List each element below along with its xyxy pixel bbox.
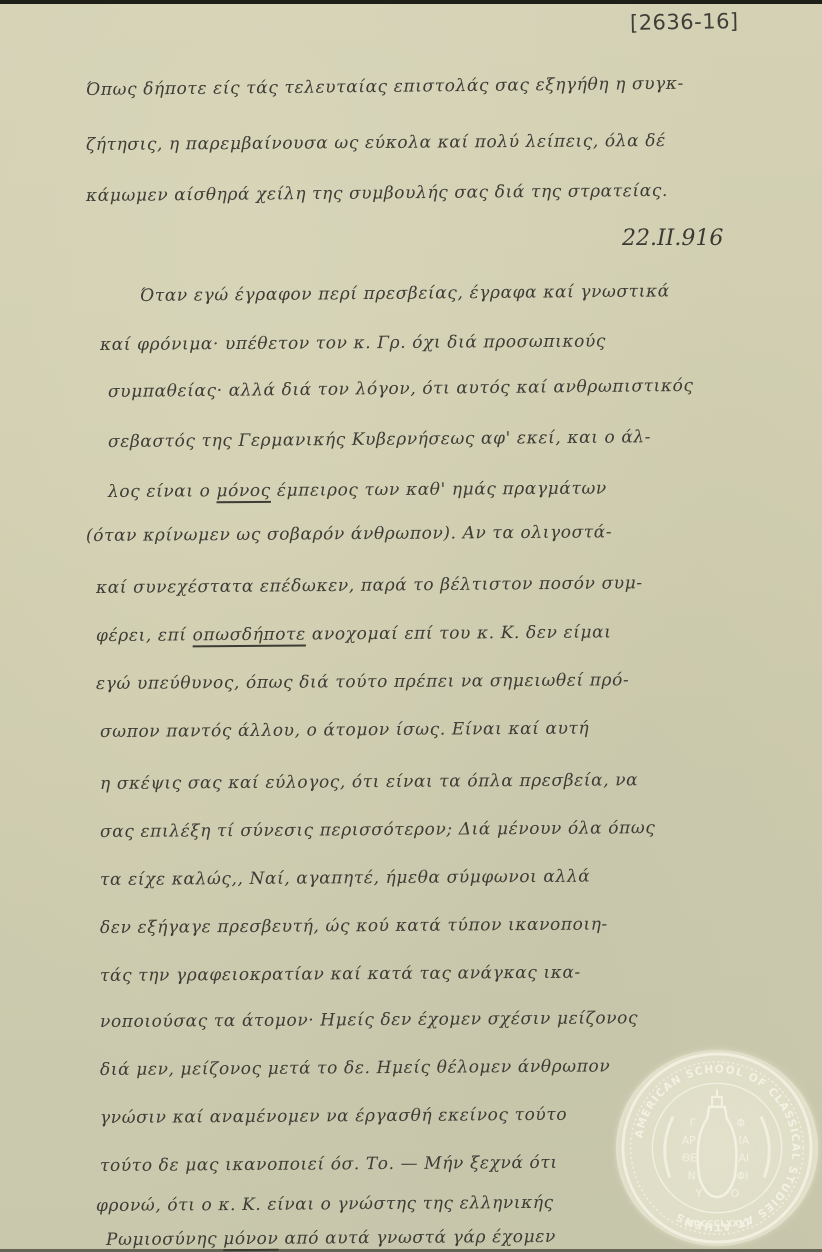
p2-line-6: (όταν κρίνωμεν ως σοβαρόν άνθρωπον). Αν …	[86, 522, 612, 546]
underlined-word-monon: μόνον	[223, 1229, 278, 1249]
seal-letter-right-5: Ο	[731, 1187, 739, 1200]
p2-line-14: δεν εξήγαγε πρεσβευτή, ώς κού κατά τύπον…	[100, 914, 608, 938]
p1-line-1: Όπως δήποτε είς τάς τελευταίας επιστολάς…	[86, 74, 684, 100]
p2-line-5-text: λος είναι ο	[108, 481, 217, 502]
p2-line-4: σεβαστός της Γερμανικής Κυβερνήσεως αφ' …	[108, 427, 651, 452]
p2-line-10: σωπον παντός άλλου, ο άτομον ίσως. Είναι…	[100, 719, 589, 742]
p2-line-20: φρονώ, ότι ο κ. Κ. είναι ο γνώστης της ε…	[96, 1193, 554, 1216]
seal-letter-left-4: Ν	[688, 1169, 696, 1182]
p2-line-9: εγώ υπεύθυνος, όπως διά τούτο πρέπει να …	[96, 670, 629, 694]
p2-line-21-rest: από αυτά γνωστά γάρ έχομεν	[278, 1227, 556, 1249]
svg-text:AMERICAN SCHOOL OF CLASSICAL S: AMERICAN SCHOOL OF CLASSICAL STUDIES AT …	[632, 1062, 802, 1233]
p2-line-21: Ρωμιοσύνης μόνον από αυτά γνωστά γάρ έχο…	[106, 1227, 556, 1250]
seal-letter-left-3: ΘΕ	[682, 1152, 697, 1165]
institution-seal: AMERICAN SCHOOL OF CLASSICAL STUDIES AT …	[616, 1050, 818, 1246]
scan-top-edge	[0, 0, 822, 4]
p2-line-8-text: φέρει, επί	[96, 625, 193, 646]
p2-line-17: διά μεν, μείζονος μετά το δε. Ημείς θέλο…	[100, 1056, 610, 1080]
letter-date: 22.II.916	[622, 226, 723, 251]
p1-line-3: κάμωμεν αίσθηρά χείλη της συμβουλής σας …	[86, 181, 668, 206]
archive-reference: [2636-16]	[630, 9, 739, 35]
p2-line-16: νοποιούσας τα άτομον· Ημείς δεν έχομεν σ…	[100, 1008, 638, 1032]
seal-letter-left-5: Υ	[694, 1187, 702, 1200]
p2-line-5-rest: έμπειρος των καθ' ημάς πραγμάτων	[271, 479, 607, 501]
seal-letter-left-1: Γ	[690, 1116, 696, 1129]
p2-line-5: λος είναι ο μόνος έμπειρος των καθ' ημάς…	[108, 479, 607, 502]
p2-line-18: γνώσιν καί αναμένομεν να έργασθή εκείνος…	[100, 1105, 567, 1128]
underlined-word-oposdipote: οπωσδήποτε	[193, 625, 306, 646]
p2-line-3: συμπαθείας· αλλά διά τον λόγον, ότι αυτό…	[108, 376, 694, 402]
p2-line-11: η σκέψις σας καί εύλογος, ότι είναι τα ό…	[100, 770, 638, 794]
seal-outer-text: AMERICAN SCHOOL OF CLASSICAL STUDIES AT …	[632, 1062, 802, 1233]
p2-line-8: φέρει, επί οπωσδήποτε ανοχομαί επί του κ…	[96, 622, 612, 646]
seal-letter-right-2: ΙΑ	[739, 1134, 750, 1147]
seal-letter-left-2: ΑΡ	[682, 1134, 696, 1147]
p2-line-7: καί συνεχέστατα επέδωκεν, παρά το βέλτισ…	[96, 573, 643, 598]
p2-line-13: τα είχε καλώς,, Ναί, αγαπητέ, ήμεθα σύμφ…	[100, 867, 590, 890]
p2-line-15: τάς την γραφειοκρατίαν καί κατά τας ανάγ…	[100, 963, 581, 986]
p2-line-1: Όταν εγώ έγραφον περί πρεσβείας, έγραφα …	[140, 281, 670, 306]
seal-letter-right-4: ΦΙ	[737, 1169, 749, 1182]
p1-line-2: ζήτησις, η παρεμβαίνουσα ως εύκολα καί π…	[86, 131, 666, 155]
p2-line-12: σας επιλέξη τί σύνεσις περισσότερον; Διά…	[100, 818, 656, 842]
p2-line-8-rest: ανοχομαί επί του κ. Κ. δεν είμαι	[306, 622, 612, 644]
seal-letter-right-3: ΑΙ	[739, 1152, 750, 1165]
p2-line-2: καί φρόνιμα· υπέθετον τον κ. Γρ. όχι διά…	[100, 331, 606, 355]
underlined-word-monos: μόνος	[216, 481, 271, 501]
seal-emblem-icon: AMERICAN SCHOOL OF CLASSICAL STUDIES AT …	[616, 1050, 818, 1246]
p2-line-21-text: Ρωμιοσύνης	[106, 1229, 223, 1250]
p2-line-19: τούτο δε μας ικανοποιεί όσ. Το. — Μήν ξε…	[100, 1153, 558, 1176]
seal-year: MDCCCLXXXI	[685, 1219, 750, 1229]
seal-letter-right-1: Φ	[737, 1116, 745, 1129]
letter-page: [2636-16] Όπως δήποτε είς τάς τελευταίας…	[0, 0, 822, 1252]
